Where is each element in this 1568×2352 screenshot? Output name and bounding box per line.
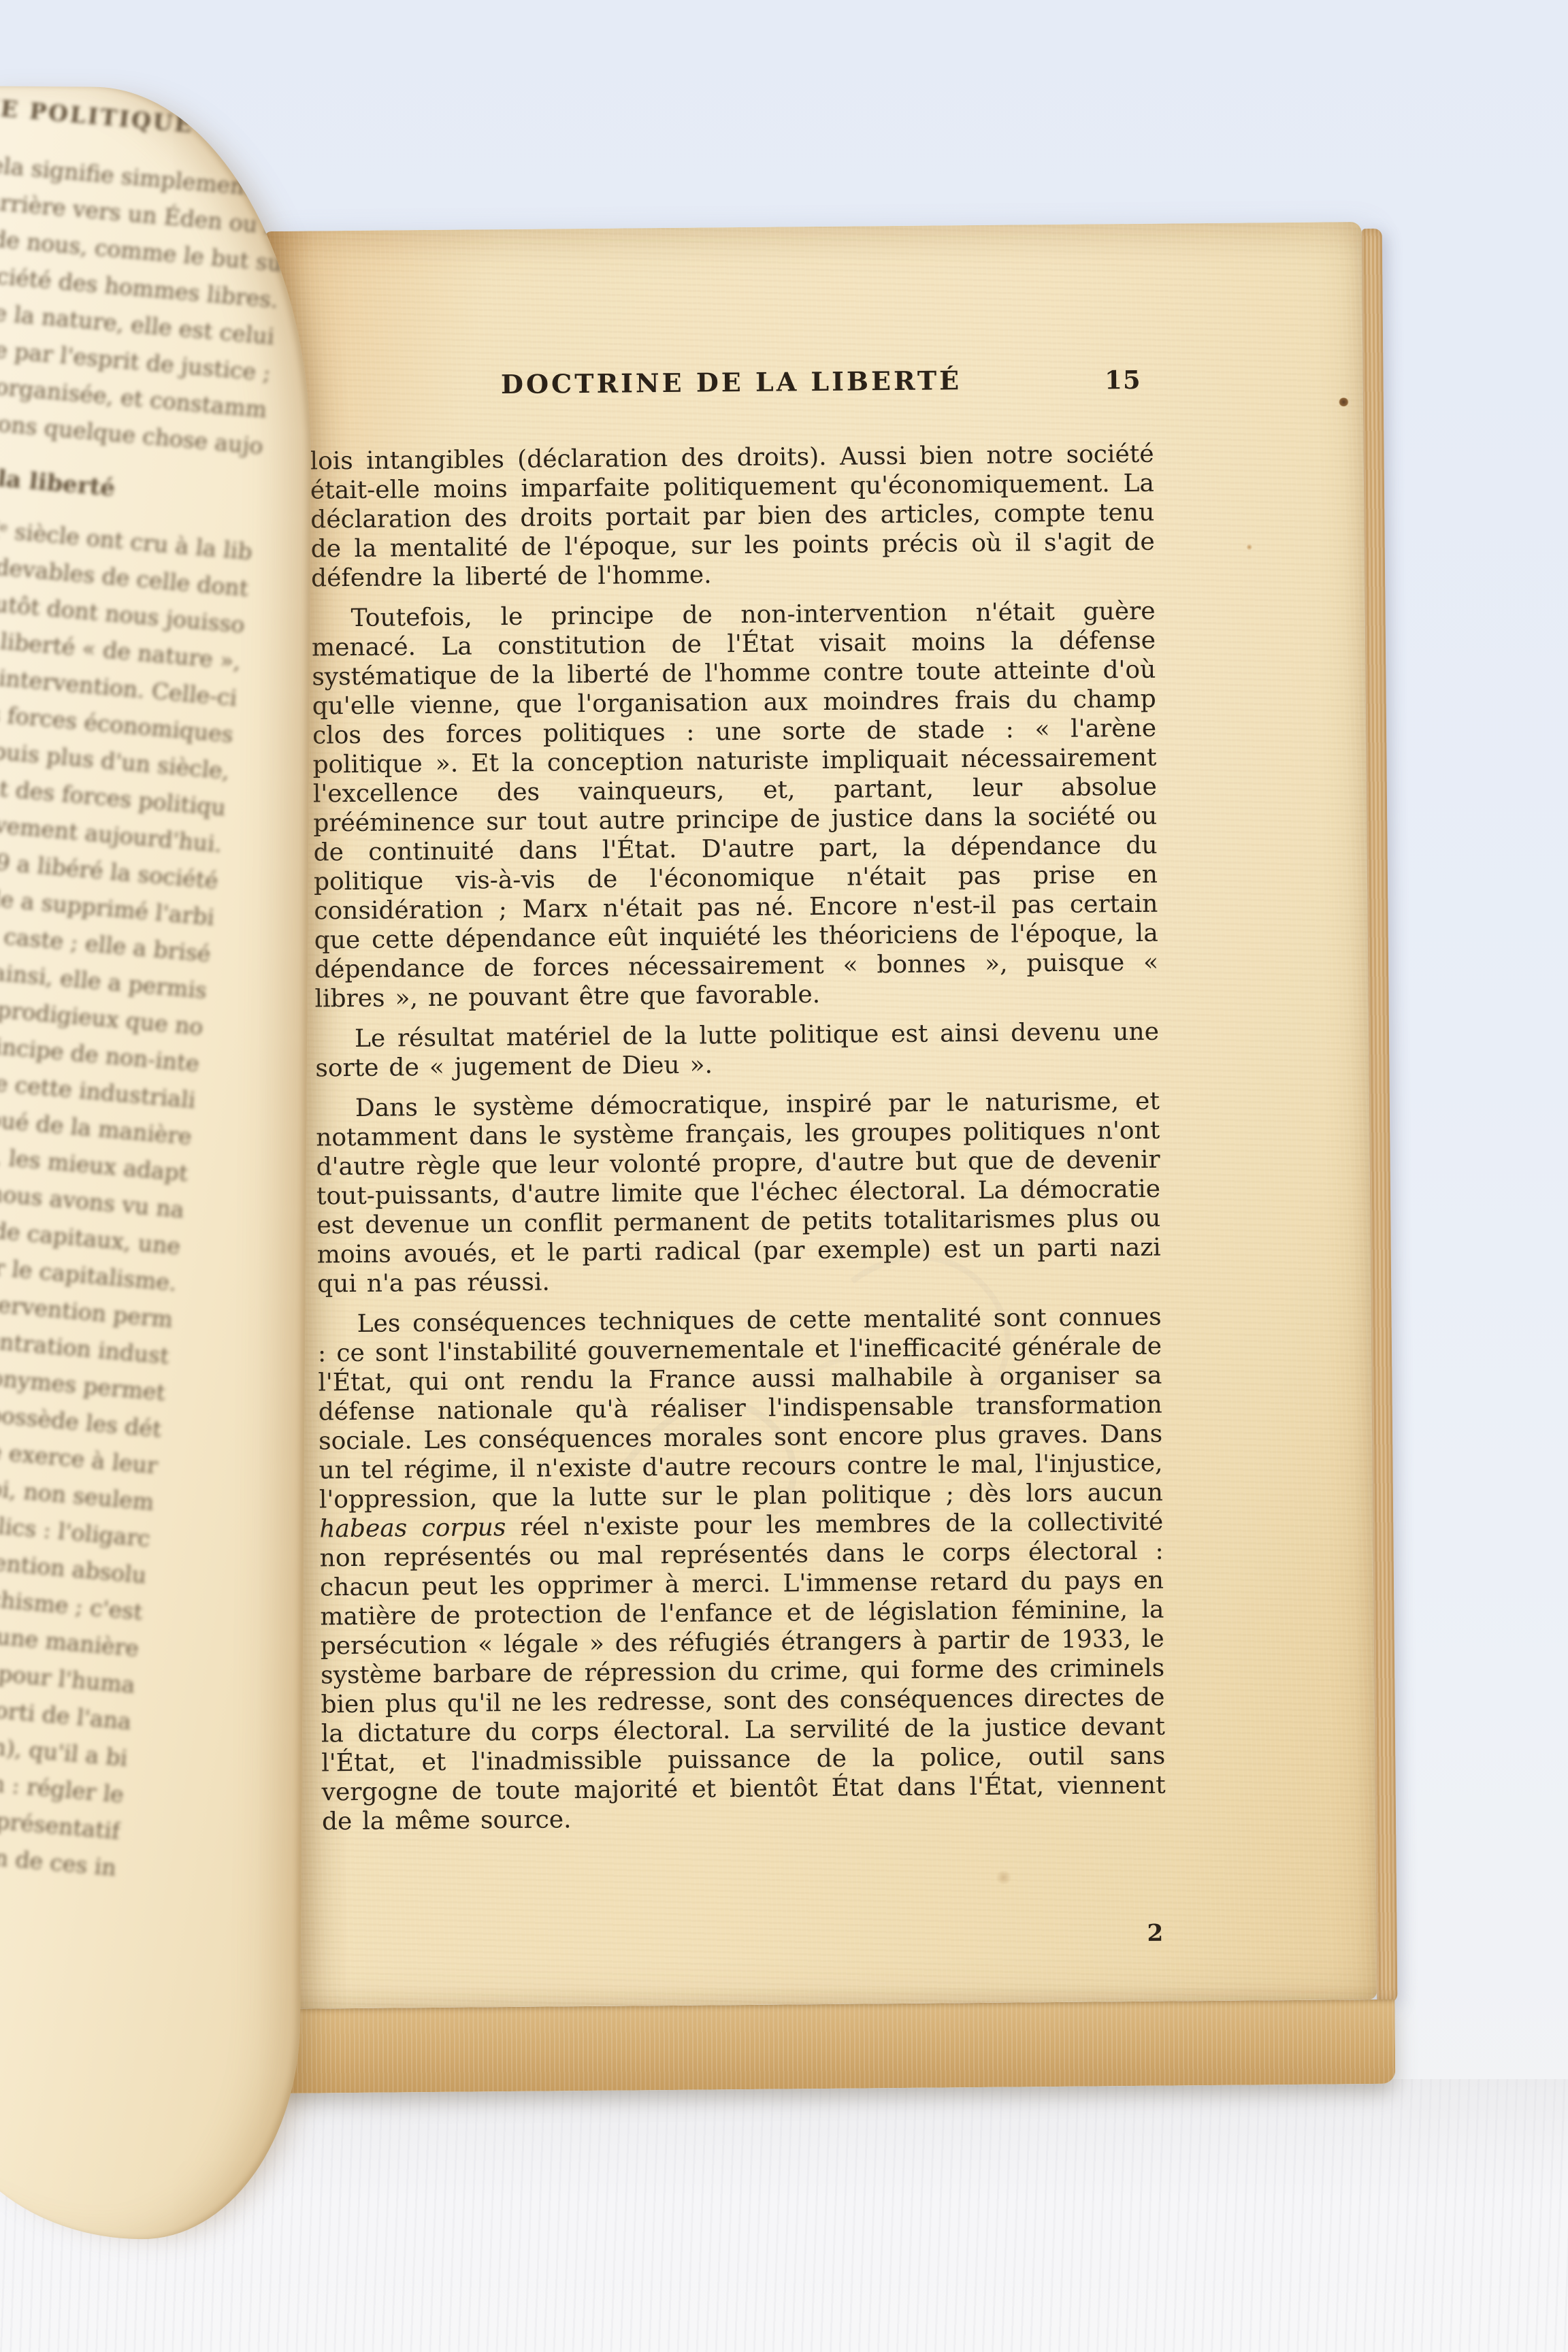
paragraph: Toutefois, le principe de non-interventi… bbox=[311, 586, 1158, 1014]
page-title: DOCTRINE DE LA LIBERTÉ bbox=[309, 363, 1153, 402]
book-photo-scene: DOCTRINE DE LA LIBERTÉ 15 lois intangibl… bbox=[0, 0, 1568, 2352]
page-text-block: DOCTRINE DE LA LIBERTÉ 15 lois intangibl… bbox=[309, 363, 1166, 1837]
paragraph: Le résultat matériel de la lutte politiq… bbox=[315, 1007, 1160, 1083]
latin-phrase-italic: habeas corpus bbox=[319, 1514, 506, 1543]
paragraph-segment: Les conséquences techniques de cette men… bbox=[318, 1303, 1163, 1514]
book-right-page: DOCTRINE DE LA LIBERTÉ 15 lois intangibl… bbox=[265, 222, 1377, 2009]
left-running-header: LA VIE POLITIQUE bbox=[0, 86, 297, 152]
signature-mark: 2 bbox=[1147, 1920, 1163, 1947]
body-text: lois intangibles (déclaration des droits… bbox=[310, 440, 1166, 1837]
page-block-fore-edge-bottom bbox=[277, 1999, 1395, 2093]
paragraph: lois intangibles (déclaration des droits… bbox=[310, 440, 1155, 593]
left-text-lower: le XIXᵉ siècle ont cru à la libmes redev… bbox=[0, 499, 254, 1886]
running-header: DOCTRINE DE LA LIBERTÉ 15 bbox=[309, 363, 1153, 410]
book-left-page: LA VIE POLITIQUE Cela signifie simplemen… bbox=[0, 86, 314, 2240]
left-page-content: LA VIE POLITIQUE Cela signifie simplemen… bbox=[0, 86, 297, 1886]
foxing-spot bbox=[1339, 397, 1349, 406]
paragraph: Dans le système démocratique, inspiré pa… bbox=[316, 1076, 1162, 1299]
paragraph: Les conséquences techniques de cette men… bbox=[317, 1292, 1166, 1837]
foxing-spot bbox=[995, 1871, 1013, 1884]
page-block-fore-edge-right bbox=[1362, 229, 1398, 2004]
paragraph-segment: réel n'existe pour les membres de la col… bbox=[319, 1508, 1165, 1836]
foxing-spot bbox=[1246, 544, 1253, 550]
left-text-upper: Cela signifie simplement quarrière vers … bbox=[0, 137, 291, 465]
page-number: 15 bbox=[1105, 365, 1141, 395]
